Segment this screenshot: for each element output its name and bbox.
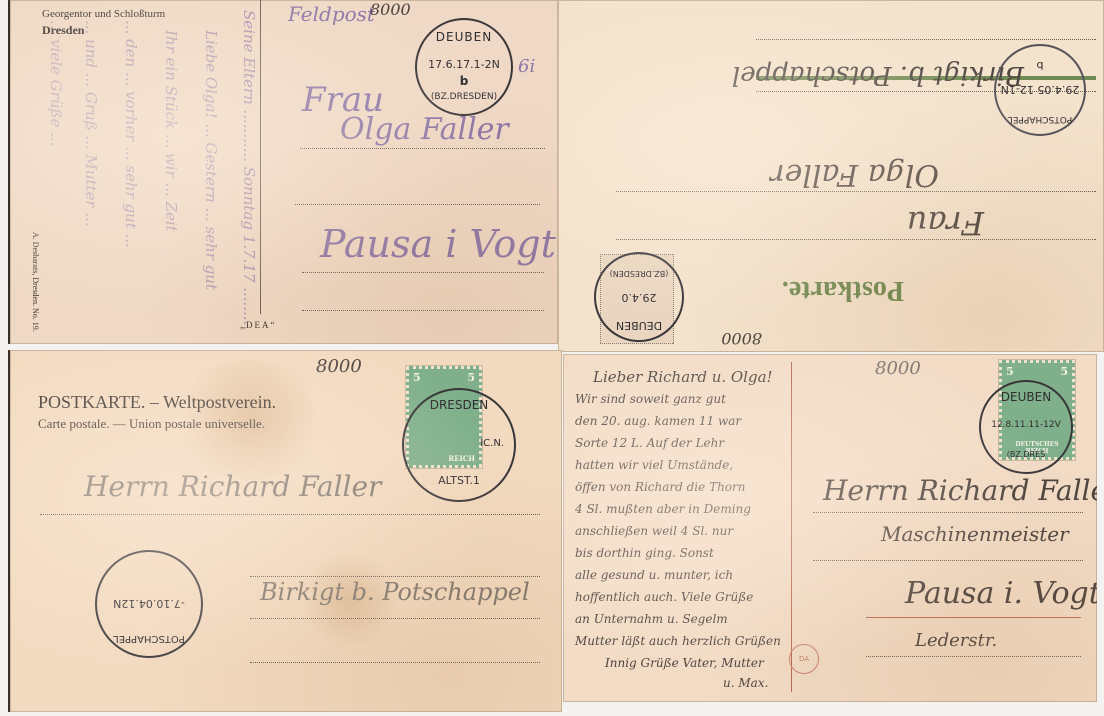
postmark-deuben: DEUBEN 17.6.17.1-2N b (BZ.DRESDEN) — [415, 18, 513, 116]
address-line — [302, 272, 544, 273]
address-line — [295, 204, 540, 205]
message-handwriting: ... den ... vorher ... sehr gut ... — [122, 20, 140, 248]
address-line — [250, 662, 540, 663]
postcard-bottom-right: Lieber Richard u. Olga! Wir sind soweit … — [563, 354, 1097, 702]
message-handwriting: ... viele Grüße ... — [47, 20, 65, 146]
postmark-potschappel: POTSCHAPPEL 29.4.05 12-1N b — [994, 44, 1086, 136]
destination: Pausa i Vogtl — [320, 222, 558, 266]
address-line — [756, 39, 1096, 40]
recipient-title: Maschinenmeister — [881, 522, 1069, 546]
address-line — [300, 148, 545, 149]
address-line — [813, 512, 1083, 513]
address-line — [813, 560, 1083, 561]
postmark-potschappel: POTSCHAPPEL -7.10.04.12N — [95, 550, 203, 658]
message-handwriting: Liebe Olga! ... Gestern ... sehr gut — [202, 30, 220, 290]
destination: Birkigt b. Potschappel — [260, 578, 530, 606]
address-line — [302, 310, 544, 311]
greeting: Lieber Richard u. Olga! — [593, 368, 773, 386]
divider-line — [791, 362, 792, 692]
address-line — [250, 618, 540, 619]
recipient-name: Herrn Richard Faller — [84, 470, 381, 503]
postcard-bottom-left: 8000 POSTKARTE. – Weltpostverein. Carte … — [8, 350, 562, 712]
recipient-name: Olga Faller — [770, 157, 939, 192]
catalog-number: 8000 — [721, 329, 762, 348]
publisher-seal: DA — [789, 644, 819, 674]
message-handwriting: ... und ... Gruß ... Mutter ... — [82, 20, 100, 227]
address-line — [616, 239, 1096, 240]
postmark-deuben: DEUBEN 12.8.11.11-12V (BZ.DRES — [979, 380, 1073, 474]
printed-title: Georgentor und Schloßturm — [42, 8, 165, 20]
address-line — [250, 576, 540, 577]
message-handwriting: Ihr ein Stück ... wir ... Zeit — [162, 30, 180, 232]
postcard-top-right: Postkarte. 8000 Frau Olga Faller Birkigt… — [558, 0, 1104, 352]
message-handwriting: Seine Eltern ........... Sonntag 1.7.17 … — [240, 10, 258, 330]
address-line — [40, 514, 540, 515]
catalog-number: 8000 — [316, 356, 362, 377]
address-line — [866, 656, 1081, 657]
postmark-deuben: DEUBEN 29.4.0 (BZ.DRESDEN) — [594, 252, 684, 342]
printed-title-postkarte: Postkarte. — [782, 274, 904, 306]
destination: Pausa i. Vogtl. — [905, 576, 1097, 611]
publisher-imprint: A. Desbarats, Dresden. No. 19. — [31, 232, 40, 332]
underline-red — [866, 617, 1081, 618]
catalog-number: 8000 — [875, 358, 921, 379]
catalog-number: 8000 — [370, 0, 411, 19]
street: Lederstr. — [915, 630, 997, 651]
side-note: 6i — [518, 56, 535, 77]
postmark-dresden: DRESDEN IC.N. ALTST.1 — [402, 388, 516, 502]
salutation: Frau — [907, 204, 984, 242]
recipient-name: Olga Faller — [340, 112, 509, 147]
destination: Birkigt b. Potschappel — [732, 60, 1024, 90]
printed-title: POSTKARTE. – Weltpostverein. — [38, 392, 276, 413]
recipient-name: Herrn Richard Faller — [823, 474, 1097, 507]
printed-subtitle: Carte postale. — Union postale universel… — [38, 416, 265, 432]
feldpost-note: Feldpost — [288, 2, 375, 26]
divider-line — [260, 0, 261, 314]
rotated-card-content: Postkarte. 8000 Frau Olga Faller Birkigt… — [558, 0, 1104, 352]
postcard-top-left: Georgentor und Schloßturm Dresden A. Des… — [8, 0, 558, 344]
